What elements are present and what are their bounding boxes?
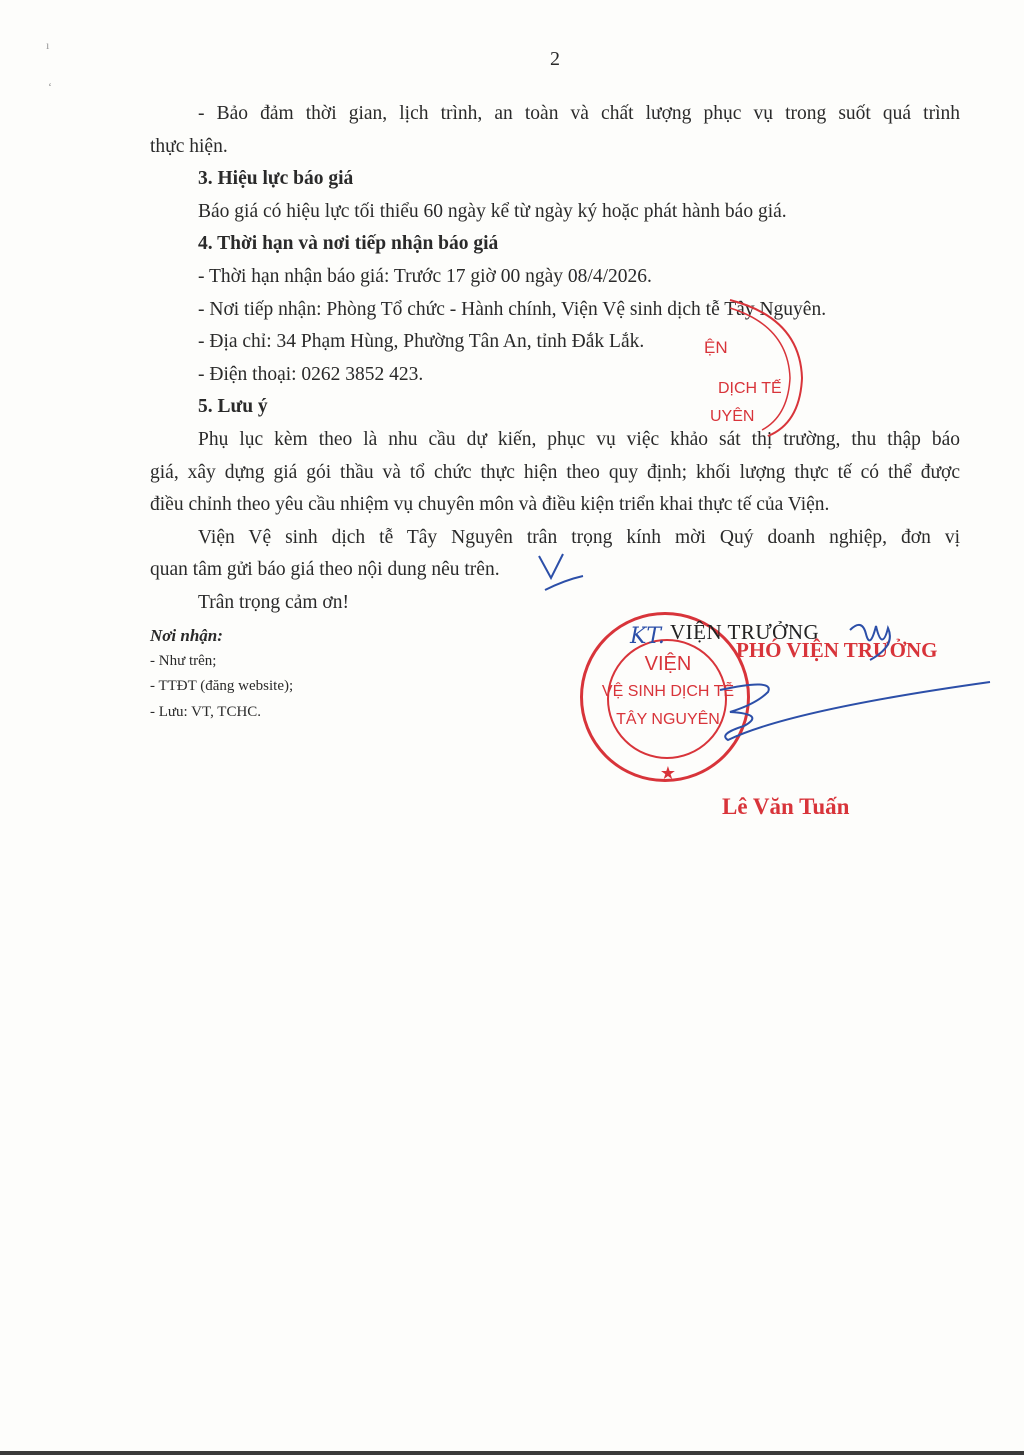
body-line: quan tâm gửi báo giá theo nội dung nêu t… [150,554,960,587]
stamp-line-2: VỆ SINH DỊCH TỄ [583,683,753,701]
body-line: - Nơi tiếp nhận: Phòng Tổ chức - Hành ch… [150,294,960,327]
partial-stamp-text: UYÊN [710,408,754,426]
body-line: điều chỉnh theo yêu cầu nhiệm vụ chuyên … [150,489,960,522]
page-number: 2 [0,48,1024,71]
handwritten-prefix: KT. [630,624,665,649]
recipients-title: Nơi nhận: [150,623,293,649]
body-line: - Địa chỉ: 34 Phạm Hùng, Phường Tân An, … [150,326,960,359]
partial-stamp: ỆN DỊCH TẾ UYÊN [690,298,810,438]
partial-stamp-text: ỆN [704,338,728,358]
scan-bottom-edge [0,1451,1024,1455]
partial-stamp-text: DỊCH TẾ [718,380,782,398]
section-heading: 3. Hiệu lực báo giá [150,163,960,196]
scan-mark: ʻ [48,80,52,95]
signature-block: VIỆN VỆ SINH DỊCH TỄ TÂY NGUYÊN ★ VIỆN T… [570,600,1010,840]
section-heading: 4. Thời hạn và nơi tiếp nhận báo giá [150,228,960,261]
body-line: - Bảo đảm thời gian, lịch trình, an toàn… [150,98,960,131]
document-body: - Bảo đảm thời gian, lịch trình, an toàn… [150,98,960,620]
recipient-item: - Lưu: VT, TCHC. [150,700,293,726]
body-line: thực hiện. [150,131,960,164]
deputy-position-title: PHÓ VIỆN TRƯỞNG [736,638,937,663]
body-line: Viện Vệ sinh dịch tễ Tây Nguyên trân trọ… [150,522,960,555]
recipient-item: - TTĐT (đăng website); [150,674,293,700]
body-line: Phụ lục kèm theo là nhu cầu dự kiến, phụ… [150,424,960,457]
signer-name: Lê Văn Tuấn [722,794,849,820]
document-page: ı ʻ 2 - Bảo đảm thời gian, lịch trình, a… [0,0,1024,1455]
star-icon: ★ [583,763,753,784]
body-line: - Điện thoại: 0262 3852 423. [150,359,960,392]
body-line: giá, xây dựng giá gói thầu và tổ chức th… [150,457,960,490]
stamp-line-3: TÂY NGUYÊN [583,711,753,729]
body-line: - Thời hạn nhận báo giá: Trước 17 giờ 00… [150,261,960,294]
recipients-block: Nơi nhận: - Như trên; - TTĐT (đăng websi… [150,623,293,725]
recipient-item: - Như trên; [150,649,293,675]
section-heading: 5. Lưu ý [150,391,960,424]
stamp-line-1: VIỆN [583,653,753,676]
body-line: Báo giá có hiệu lực tối thiểu 60 ngày kể… [150,196,960,229]
